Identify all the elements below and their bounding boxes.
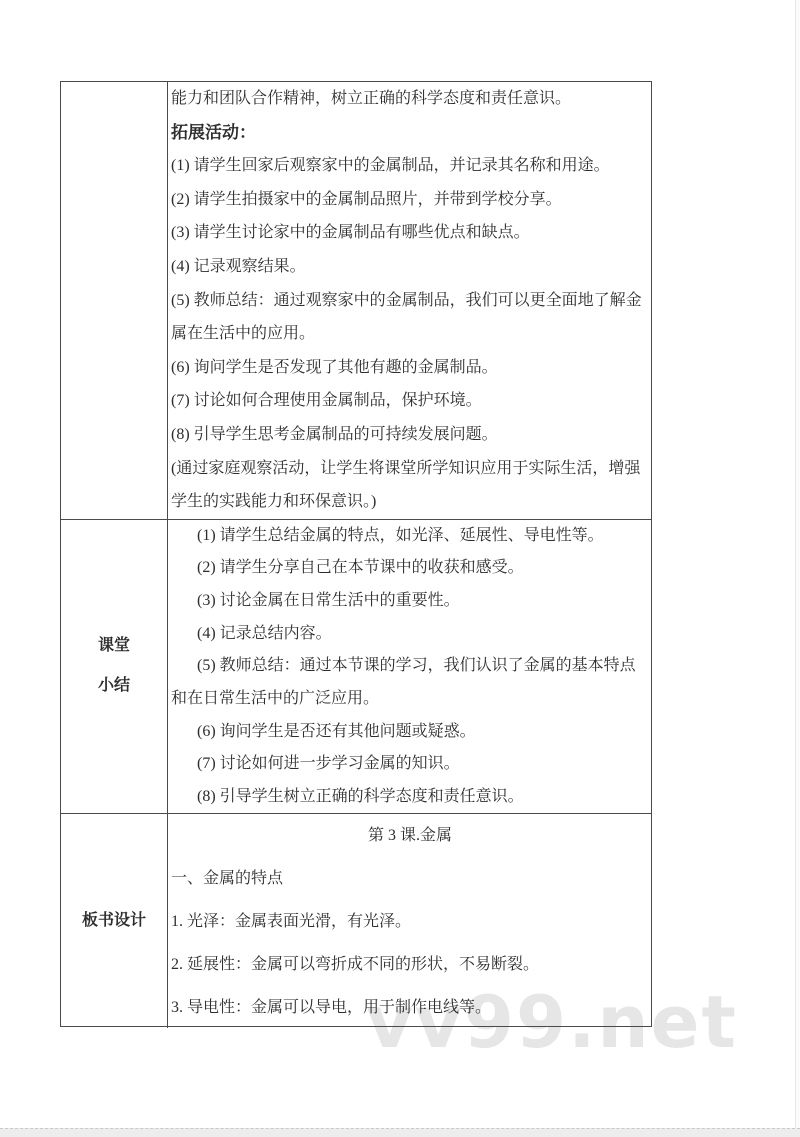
table-row: 课堂 小结 (1) 请学生总结金属的特点，如光泽、延展性、导电性等。 (2) 请… (61, 519, 651, 813)
list-item: (1) 请学生总结金属的特点，如光泽、延展性、导电性等。 (171, 520, 649, 553)
row-content-cell: (1) 请学生总结金属的特点，如光泽、延展性、导电性等。 (2) 请学生分享自己… (168, 520, 651, 813)
list-item: (4) 记录观察结果。 (171, 250, 649, 284)
page-right-margin (796, 0, 800, 1137)
board-point: 2. 延展性：金属可以弯折成不同的形状，不易断裂。 (171, 943, 649, 986)
list-item: (2) 请学生分享自己在本节课中的收获和感受。 (171, 552, 649, 585)
list-item: (3) 讨论金属在日常生活中的重要性。 (171, 585, 649, 618)
list-item: (7) 讨论如何合理使用金属制品，保护环境。 (171, 384, 649, 418)
list-item: (6) 询问学生是否发现了其他有趣的金属制品。 (171, 351, 649, 385)
row-label-ketang-xiaojie: 课堂 小结 (61, 520, 168, 813)
row-label-cell-empty (61, 82, 168, 519)
section-heading: 拓展活动： (171, 116, 649, 150)
list-item: (5) 教师总结：通过本节课的学习，我们认识了金属的基本特点 和在日常生活中的广… (171, 650, 649, 715)
paragraph: 能力和团队合作精神，树立正确的科学态度和责任意识。 (171, 82, 649, 116)
list-item: (7) 讨论如何进一步学习金属的知识。 (171, 748, 649, 781)
row-content-cell: 第 3 课.金属 一、金属的特点 1. 光泽：金属表面光滑，有光泽。 2. 延展… (168, 814, 651, 1028)
page-break-strip (0, 1128, 800, 1137)
list-item: (1) 请学生回家后观察家中的金属制品，并记录其名称和用途。 (171, 149, 649, 183)
lesson-plan-table: 能力和团队合作精神，树立正确的科学态度和责任意识。 拓展活动： (1) 请学生回… (60, 81, 652, 1027)
row-label-line: 小结 (98, 666, 130, 706)
board-point: 3. 导电性：金属可以导电，用于制作电线等。 (171, 986, 649, 1028)
list-item: (4) 记录总结内容。 (171, 618, 649, 651)
row-content-cell: 能力和团队合作精神，树立正确的科学态度和责任意识。 拓展活动： (1) 请学生回… (168, 82, 651, 519)
list-item: (3) 请学生讨论家中的金属制品有哪些优点和缺点。 (171, 216, 649, 250)
paragraph-note: (通过家庭观察活动，让学生将课堂所学知识应用于实际生活，增强 学生的实践能力和环… (171, 452, 649, 519)
table-row: 能力和团队合作精神，树立正确的科学态度和责任意识。 拓展活动： (1) 请学生回… (61, 82, 651, 519)
board-subheading: 一、金属的特点 (171, 857, 649, 900)
table-row: 板书设计 第 3 课.金属 一、金属的特点 1. 光泽：金属表面光滑，有光泽。 … (61, 813, 651, 1028)
list-item: (8) 引导学生思考金属制品的可持续发展问题。 (171, 418, 649, 452)
document-page: vv99.net 能力和团队合作精神，树立正确的科学态度和责任意识。 拓展活动：… (0, 0, 800, 1137)
list-item: (2) 请学生拍摄家中的金属制品照片，并带到学校分享。 (171, 183, 649, 217)
row-label-banshu-sheji: 板书设计 (61, 814, 168, 1028)
board-title: 第 3 课.金属 (171, 814, 649, 857)
row-label-line: 板书设计 (82, 901, 146, 941)
row-label-line: 课堂 (98, 626, 130, 666)
board-point: 1. 光泽：金属表面光滑，有光泽。 (171, 900, 649, 943)
list-item: (6) 询问学生是否还有其他问题或疑惑。 (171, 716, 649, 749)
list-item: (5) 教师总结：通过观察家中的金属制品，我们可以更全面地了解金 属在生活中的应… (171, 284, 649, 351)
list-item: (8) 引导学生树立正确的科学态度和责任意识。 (171, 781, 649, 813)
